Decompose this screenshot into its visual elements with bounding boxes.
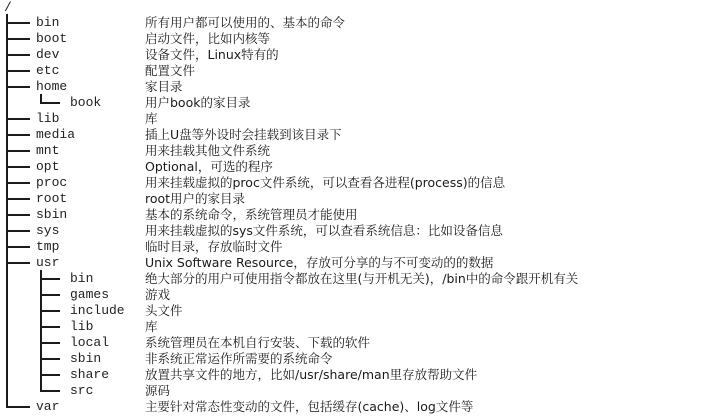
dir-description: 主要针对常态性变动的文件，包括缓存(cache)、log文件等 — [145, 399, 473, 415]
branch-line — [6, 214, 30, 216]
dir-description: Optional，可选的程序 — [145, 159, 273, 175]
dir-description: 绝大部分的用户可使用指令都放在这里(与开机无关)，/bin中的命令跟开机有关 — [145, 271, 578, 287]
dir-name: lib — [36, 111, 59, 127]
tree-row-home[interactable]: home 家目录 — [0, 79, 725, 95]
branch-line — [40, 326, 60, 328]
branch-line — [40, 390, 60, 392]
dir-name: mnt — [36, 143, 59, 159]
dir-name: sys — [36, 223, 59, 239]
dir-description: 游戏 — [145, 287, 170, 303]
dir-description: 源码 — [145, 383, 170, 399]
dir-name: etc — [36, 63, 59, 79]
branch-line — [6, 118, 30, 120]
tree-row-dev[interactable]: dev 设备文件，Linux特有的 — [0, 47, 725, 63]
dir-description: 库 — [145, 319, 158, 335]
dir-description: Unix Software Resource，存放可分享的与不可变动的的数据 — [145, 255, 493, 271]
tree-row-sbin[interactable]: sbin 基本的系统命令，系统管理员才能使用 — [0, 207, 725, 223]
dir-name: games — [70, 287, 109, 303]
branch-line — [6, 134, 30, 136]
dir-name: src — [70, 383, 93, 399]
tree-row-usr-games[interactable]: games 游戏 — [0, 287, 725, 303]
dir-description: 非系统正常运作所需要的系统命令 — [145, 351, 333, 367]
dir-description: root用户的家目录 — [145, 191, 245, 207]
branch-line — [6, 230, 30, 232]
dir-name: home — [36, 79, 67, 95]
dir-name: include — [70, 303, 125, 319]
tree-row-media[interactable]: media 插上U盘等外设时会挂载到该目录下 — [0, 127, 725, 143]
dir-name: root — [36, 191, 67, 207]
dir-description: 基本的系统命令，系统管理员才能使用 — [145, 207, 358, 223]
tree-row-etc[interactable]: etc 配置文件 — [0, 63, 725, 79]
dir-description: 临时目录，存放临时文件 — [145, 239, 283, 255]
branch-line — [6, 22, 30, 24]
tree-row-var[interactable]: var 主要针对常态性变动的文件，包括缓存(cache)、log文件等 — [0, 399, 725, 415]
dir-description: 所有用户都可以使用的、基本的命令 — [145, 15, 345, 31]
dir-name: sbin — [70, 351, 101, 367]
dir-description: 插上U盘等外设时会挂载到该目录下 — [145, 127, 342, 143]
dir-name: lib — [70, 319, 93, 335]
dir-description: 配置文件 — [145, 63, 195, 79]
dir-name: boot — [36, 31, 67, 47]
tree-row-home-book[interactable]: book 用户book的家目录 — [0, 95, 725, 111]
dir-description: 启动文件，比如内核等 — [145, 31, 270, 47]
dir-description: 设备文件，Linux特有的 — [145, 47, 279, 63]
branch-line — [40, 342, 60, 344]
branch-line — [6, 86, 30, 88]
tree-row-proc[interactable]: proc 用来挂载虚拟的proc文件系统，可以查看各进程(process)的信息 — [0, 175, 725, 191]
branch-line — [6, 70, 30, 72]
dir-name: local — [70, 335, 109, 351]
dir-description: 用来挂载虚拟的proc文件系统，可以查看各进程(process)的信息 — [145, 175, 505, 191]
branch-line — [6, 166, 30, 168]
dir-name: bin — [70, 271, 93, 287]
branch-line — [40, 102, 60, 104]
dir-description: 放置共享文件的地方，比如/usr/share/man里存放帮助文件 — [145, 367, 477, 383]
branch-line — [6, 406, 30, 408]
tree-row-usr-local[interactable]: local 系统管理员在本机自行安装、下载的软件 — [0, 335, 725, 351]
dir-name: proc — [36, 175, 67, 191]
dir-name: usr — [36, 255, 59, 271]
branch-line — [6, 246, 30, 248]
branch-line — [40, 374, 60, 376]
branch-line — [6, 182, 30, 184]
dir-name: dev — [36, 47, 59, 63]
branch-line — [40, 310, 60, 312]
dir-description: 用来挂载虚拟的sys文件系统，可以查看系统信息：比如设备信息 — [145, 223, 503, 239]
branch-line — [6, 150, 30, 152]
dir-description: 系统管理员在本机自行安装、下载的软件 — [145, 335, 370, 351]
dir-name: bin — [36, 15, 59, 31]
dir-description: 家目录 — [145, 79, 183, 95]
branch-line — [6, 38, 30, 40]
tree-row-usr-include[interactable]: include 头文件 — [0, 303, 725, 319]
tree-row-sys[interactable]: sys 用来挂载虚拟的sys文件系统，可以查看系统信息：比如设备信息 — [0, 223, 725, 239]
dir-name: tmp — [36, 239, 59, 255]
branch-line — [40, 358, 60, 360]
tree-row-root[interactable]: root root用户的家目录 — [0, 191, 725, 207]
tree-row-opt[interactable]: opt Optional，可选的程序 — [0, 159, 725, 175]
dir-name: var — [36, 399, 59, 415]
dir-description: 头文件 — [145, 303, 183, 319]
dir-name: book — [70, 95, 101, 111]
tree-row-lib[interactable]: lib 库 — [0, 111, 725, 127]
tree-row-usr[interactable]: usr Unix Software Resource，存放可分享的与不可变动的的… — [0, 255, 725, 271]
branch-line — [40, 278, 60, 280]
tree-row-tmp[interactable]: tmp 临时目录，存放临时文件 — [0, 239, 725, 255]
dir-name: share — [70, 367, 109, 383]
dir-name: opt — [36, 159, 59, 175]
dir-name: media — [36, 127, 75, 143]
tree-rows: bin 所有用户都可以使用的、基本的命令 boot 启动文件，比如内核等 dev… — [0, 15, 725, 415]
dir-description: 用户book的家目录 — [145, 95, 250, 111]
tree-row-usr-lib[interactable]: lib 库 — [0, 319, 725, 335]
tree-row-usr-src[interactable]: src 源码 — [0, 383, 725, 399]
branch-line — [40, 294, 60, 296]
tree-row-boot[interactable]: boot 启动文件，比如内核等 — [0, 31, 725, 47]
tree-row-usr-bin[interactable]: bin 绝大部分的用户可使用指令都放在这里(与开机无关)，/bin中的命令跟开机… — [0, 271, 725, 287]
branch-line — [6, 262, 30, 264]
dir-description: 库 — [145, 111, 158, 127]
dir-description: 用来挂载其他文件系统 — [145, 143, 270, 159]
tree-row-usr-sbin[interactable]: sbin 非系统正常运作所需要的系统命令 — [0, 351, 725, 367]
branch-line — [6, 54, 30, 56]
tree-row-mnt[interactable]: mnt 用来挂载其他文件系统 — [0, 143, 725, 159]
tree-row-bin[interactable]: bin 所有用户都可以使用的、基本的命令 — [0, 15, 725, 31]
tree-row-usr-share[interactable]: share 放置共享文件的地方，比如/usr/share/man里存放帮助文件 — [0, 367, 725, 383]
branch-line — [6, 198, 30, 200]
dir-name: sbin — [36, 207, 67, 223]
